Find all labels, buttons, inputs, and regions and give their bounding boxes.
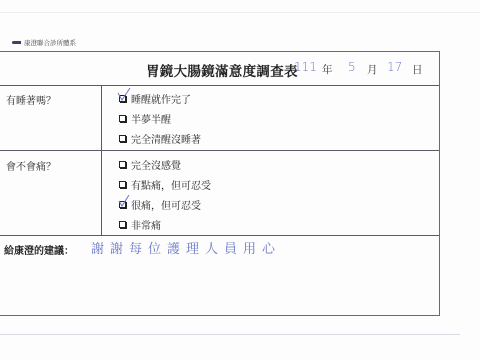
option-label: 完全沒感覺 bbox=[131, 157, 181, 172]
question-label-cell: 會不會痛？ bbox=[0, 151, 102, 235]
month-value[interactable]: 5 bbox=[348, 60, 356, 74]
option-label: 半夢半醒 bbox=[131, 111, 171, 126]
checkbox-checked[interactable] bbox=[119, 95, 126, 102]
option-label: 完全清醒沒睡著 bbox=[131, 131, 201, 146]
check-mark-icon bbox=[117, 88, 131, 102]
option-label: 非常痛 bbox=[131, 217, 161, 232]
suggestion-input[interactable]: 謝謝每位護理人員用心 bbox=[91, 238, 281, 257]
scan-edge-line bbox=[0, 12, 480, 13]
question-label-cell: 有睡著嗎？ bbox=[0, 85, 102, 150]
suggestion-label: 給康澄的建議： bbox=[4, 242, 74, 257]
title-row: 胃鏡大腸鏡滿意度調查表 111 年 5 月 17 日 bbox=[0, 52, 439, 86]
option-item[interactable]: 有點痛，但可忍受 bbox=[119, 174, 211, 194]
year-label: 年 bbox=[322, 62, 333, 77]
options-group: 完全沒感覺 有點痛，但可忍受 很痛，但可忍受 非常痛 bbox=[119, 154, 211, 234]
question-label: 會不會痛？ bbox=[6, 158, 56, 173]
clinic-header: 康澄聯合診所體系 bbox=[12, 38, 76, 47]
day-value[interactable]: 17 bbox=[387, 60, 402, 74]
question-row-sleep: 有睡著嗎？ 睡醒就作完了 半夢半醒 完全清醒沒睡著 bbox=[0, 85, 439, 151]
option-item[interactable]: 完全沒感覺 bbox=[119, 154, 211, 174]
option-label: 睡醒就作完了 bbox=[131, 91, 191, 106]
option-label: 很痛，但可忍受 bbox=[131, 197, 201, 212]
suggestion-row: 給康澄的建議： 謝謝每位護理人員用心 bbox=[0, 236, 439, 316]
question-label: 有睡著嗎？ bbox=[6, 92, 56, 107]
checkbox[interactable] bbox=[119, 161, 126, 168]
organization-name: 康澄聯合診所體系 bbox=[24, 38, 76, 47]
year-value[interactable]: 111 bbox=[294, 60, 317, 74]
option-item[interactable]: 完全清醒沒睡著 bbox=[119, 128, 201, 148]
month-label: 月 bbox=[367, 62, 378, 77]
checkbox[interactable] bbox=[119, 115, 126, 122]
day-label: 日 bbox=[412, 62, 423, 77]
checkbox[interactable] bbox=[119, 181, 126, 188]
checkbox[interactable] bbox=[119, 221, 126, 228]
option-item[interactable]: 睡醒就作完了 bbox=[119, 88, 201, 108]
question-row-pain: 會不會痛？ 完全沒感覺 有點痛，但可忍受 很痛，但可忍受 非常痛 bbox=[0, 151, 439, 236]
option-label: 有點痛，但可忍受 bbox=[131, 177, 211, 192]
options-group: 睡醒就作完了 半夢半醒 完全清醒沒睡著 bbox=[119, 88, 201, 148]
form-title: 胃鏡大腸鏡滿意度調查表 bbox=[146, 60, 298, 80]
arrow-logo-icon bbox=[12, 41, 21, 44]
checkbox-checked[interactable] bbox=[119, 201, 126, 208]
option-item[interactable]: 很痛，但可忍受 bbox=[119, 194, 211, 214]
scan-edge-line bbox=[0, 334, 460, 335]
checkbox[interactable] bbox=[119, 135, 126, 142]
survey-form: 胃鏡大腸鏡滿意度調查表 111 年 5 月 17 日 有睡著嗎？ 睡醒就作完了 … bbox=[0, 51, 440, 316]
check-mark-icon bbox=[117, 194, 131, 208]
option-item[interactable]: 半夢半醒 bbox=[119, 108, 201, 128]
option-item[interactable]: 非常痛 bbox=[119, 214, 211, 234]
